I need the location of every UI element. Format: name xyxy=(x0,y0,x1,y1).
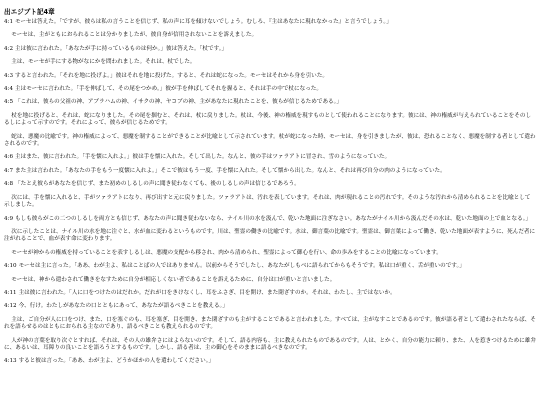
commentary-text: モーセは、神から遣わされて働きをなすために自分が相応しくない者であることを訴える… xyxy=(11,277,335,283)
verse-paragraph: 4:4主はモーセに言われた。「手を伸ばして、その尾をつかめ。」彼が手を伸ばしてそ… xyxy=(4,86,536,93)
verse-paragraph: 4:11主は彼に言われた。「人に口をつけたのはだれか。だれが口をきけなくし、耳を… xyxy=(4,290,536,297)
commentary-paragraph: モーセは、神から遣わされて働きをなすために自分が相応しくない者であることを訴える… xyxy=(4,277,536,284)
commentary-text: モーセは、主がともにおられることは分かりましたが、彼自身が信用されないことを訴え… xyxy=(11,32,257,38)
verse-paragraph: 4:5「これは、彼らの父祖の神、アブラハムの神、イサクの神、ヤコブの神、主があな… xyxy=(4,99,536,106)
page-title: 出エジプト記4章 xyxy=(4,8,536,16)
verse-text: また主は言われた。「あなたの手をもう一度懐に入れよ。」そこで彼はもう一度、手を懐… xyxy=(15,168,446,174)
verse-text: 「たとえ彼らがあなたを信じず、また初めのしるしの声に聞き従わなくても、後のしるし… xyxy=(15,181,300,187)
verse-reference: 4:6 xyxy=(4,154,13,160)
verse-reference: 4:7 xyxy=(4,168,13,174)
verse-paragraph: 4:12今、行け。わたしがあなたの口とともにあって、あなたが語るべきことを教える… xyxy=(4,303,536,310)
verse-paragraph: 4:3すると言われた。「それを地に投げよ。」彼はそれを地に投げた。すると、それは… xyxy=(4,73,536,80)
verse-text: 主は彼に言われた。「人に口をつけたのはだれか。だれが口をきけなくし、耳をふさぎ、… xyxy=(19,290,396,296)
verse-paragraph: 4:2主は彼に言われた。「あなたが手に持っているものは何か。」彼は答えた。「杖で… xyxy=(4,46,536,53)
verse-reference: 4:4 xyxy=(4,86,13,92)
verse-text: 主は彼に言われた。「あなたが手に持っているものは何か。」彼は答えた。「杖です。」 xyxy=(15,46,227,52)
verse-text: すると彼は言った。「ああ、わが主よ、どうかほかの人を遣わしてください。」 xyxy=(19,358,215,364)
verse-reference: 4:2 xyxy=(4,46,13,52)
verse-paragraph: 4:10モーセは主に言った。「ああ、わが主よ、私はことばの人ではありません。以前… xyxy=(4,263,536,270)
verse-reference: 4:13 xyxy=(4,358,17,364)
verse-reference: 4:10 xyxy=(4,263,17,269)
commentary-text: 主は、モーセが手にする物がなにかを問われました。それは、杖でした。 xyxy=(11,59,195,65)
commentary-paragraph: 人が神の言葉を取り次ぐとすれば、それは、その人の雄弁さにはよらないのです。そして… xyxy=(4,338,536,353)
verse-reference: 4:9 xyxy=(4,216,13,222)
verse-paragraph: 4:9もしも彼らがこの二つのしるしを両方とも信じず、あなたの声に聞き従わないなら… xyxy=(4,216,536,223)
verse-reference: 4:1 xyxy=(4,19,13,25)
verse-reference: 4:3 xyxy=(4,73,13,79)
verse-text: すると言われた。「それを地に投げよ。」彼はそれを地に投げた。すると、それは蛇にな… xyxy=(15,73,328,79)
commentary-paragraph: モーセが神からの権威を持っていることを表すしるしは、悪魔の支配から移され、肉から… xyxy=(4,250,536,257)
commentary-paragraph: 次に示したことは、ナイル川の水を地に注ぐと、水が血に変わるというものです。川は、… xyxy=(4,229,536,244)
verse-text: モーセは答えた。「ですが、彼らは私の言うことを信じず、私の声に耳を傾けないでしょ… xyxy=(15,19,392,25)
verse-text: 「これは、彼らの父祖の神、アブラハムの神、イサクの神、ヤコブの神、主があなたに現… xyxy=(15,99,342,105)
commentary-paragraph: 主は、ご自分が人に口をつけ、また、口を塞ぐのも、耳を塞ぎ、目を開き、また閉ざすの… xyxy=(4,317,536,332)
verse-reference: 4:8 xyxy=(4,181,13,187)
document-body: 4:1モーセは答えた。「ですが、彼らは私の言うことを信じず、私の声に耳を傾けない… xyxy=(4,19,536,366)
verse-text: 主はまた、彼に言われた。「手を懐に入れよ。」彼は手を懐に入れた。そして出した。な… xyxy=(15,154,390,160)
commentary-paragraph: 主は、モーセが手にする物がなにかを問われました。それは、杖でした。 xyxy=(4,59,536,66)
commentary-paragraph: モーセは、主がともにおられることは分かりましたが、彼自身が信用されないことを訴え… xyxy=(4,32,536,39)
verse-paragraph: 4:1モーセは答えた。「ですが、彼らは私の言うことを信じず、私の声に耳を傾けない… xyxy=(4,19,536,26)
commentary-text: 次には、手を懐に入れると、手がツァラアトになり、再び出すと元に戻りました。ツァラ… xyxy=(4,195,530,208)
verse-paragraph: 4:8「たとえ彼らがあなたを信じず、また初めのしるしの声に聞き従わなくても、後の… xyxy=(4,181,536,188)
commentary-paragraph: 杖を地に投げると、それは、蛇になりました。その尾を掴むと、それは、杖に戻りました… xyxy=(4,113,536,128)
verse-text: もしも彼らがこの二つのしるしを両方とも信じず、あなたの声に聞き従わないなら、ナイ… xyxy=(15,216,531,222)
commentary-paragraph: 蛇は、悪魔の比喩です。神の権威によって、悪魔を制することができることが比喩として… xyxy=(4,134,536,149)
commentary-text: 人が神の言葉を取り次ぐとすれば、それは、その人の雄弁さにはよらないのです。そして… xyxy=(4,338,536,351)
commentary-text: 杖を地に投げると、それは、蛇になりました。その尾を掴むと、それは、杖に戻りました… xyxy=(4,113,531,126)
commentary-text: 次に示したことは、ナイル川の水を地に注ぐと、水が血に変わるというものです。川は、… xyxy=(4,229,535,242)
verse-paragraph: 4:13すると彼は言った。「ああ、わが主よ、どうかほかの人を遣わしてください。」 xyxy=(4,358,536,365)
verse-reference: 4:5 xyxy=(4,99,13,105)
commentary-paragraph: 次には、手を懐に入れると、手がツァラアトになり、再び出すと元に戻りました。ツァラ… xyxy=(4,195,536,210)
verse-text: 主はモーセに言われた。「手を伸ばして、その尾をつかめ。」彼が手を伸ばしてそれを握… xyxy=(15,86,322,92)
commentary-text: モーセが神からの権威を持っていることを表すしるしは、悪魔の支配から移され、肉から… xyxy=(11,250,442,256)
verse-paragraph: 4:6主はまた、彼に言われた。「手を懐に入れよ。」彼は手を懐に入れた。そして出し… xyxy=(4,154,536,161)
verse-paragraph: 4:7また主は言われた。「あなたの手をもう一度懐に入れよ。」そこで彼はもう一度、… xyxy=(4,168,536,175)
verse-text: モーセは主に言った。「ああ、わが主よ、私はことばの人ではありません。以前からそう… xyxy=(19,263,465,269)
document-page: 出エジプト記4章 4:1モーセは答えた。「ですが、彼らは私の言うことを信じず、私… xyxy=(0,0,540,366)
verse-reference: 4:12 xyxy=(4,303,17,309)
commentary-text: 蛇は、悪魔の比喩です。神の権威によって、悪魔を制することができることが比喩として… xyxy=(4,134,536,147)
commentary-text: 主は、ご自分が人に口をつけ、また、口を塞ぐのも、耳を塞ぎ、目を開き、また閉ざすの… xyxy=(4,317,536,330)
verse-reference: 4:11 xyxy=(4,290,17,296)
verse-text: 今、行け。わたしがあなたの口とともにあって、あなたが語るべきことを教える。」 xyxy=(19,303,228,309)
